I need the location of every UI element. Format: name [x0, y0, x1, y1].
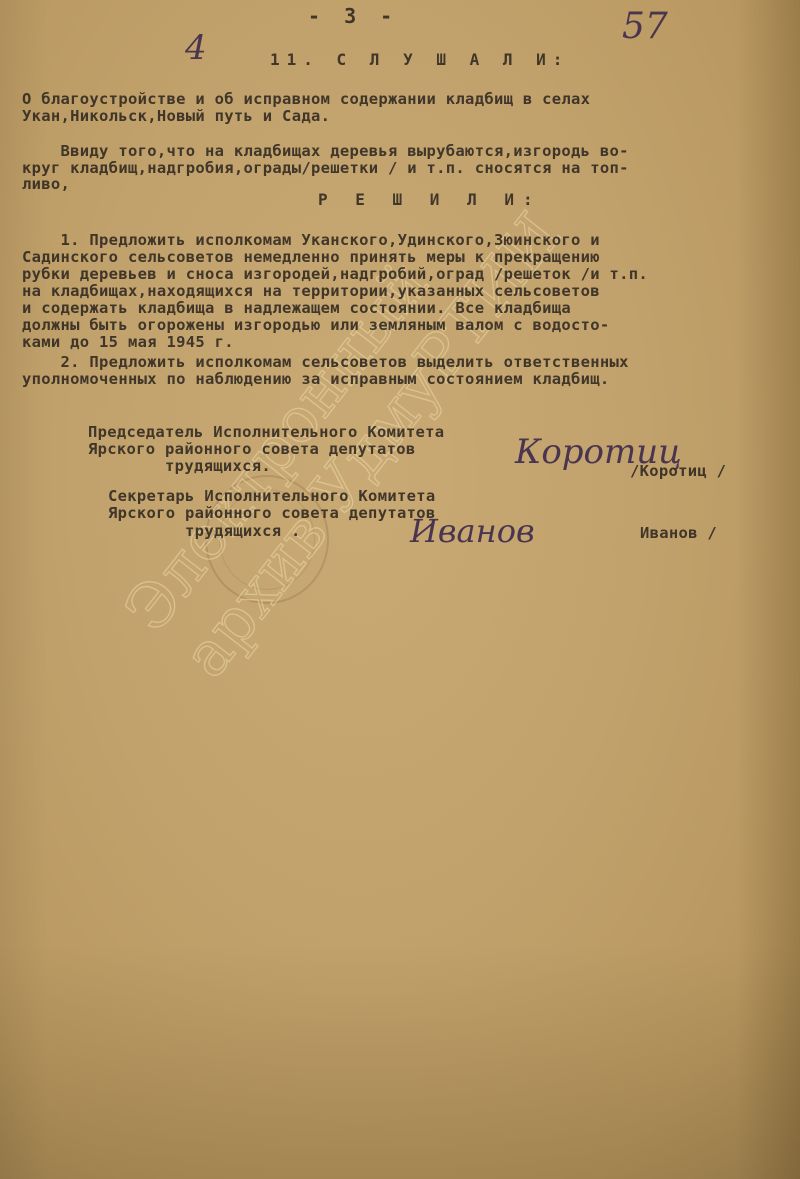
decision-line: должны быть огорожены изгородью или земл…: [22, 316, 610, 334]
heard-line: О благоустройстве и об исправном содержа…: [22, 90, 590, 108]
handwritten-folio-number: 57: [622, 6, 668, 47]
decision-line: на кладбищах,находящихся на территории,у…: [22, 282, 600, 300]
decision-line: 2. Предложить исполкомам сельсоветов выд…: [22, 353, 629, 371]
secretary-title-line: Секретарь Исполнительного Комитета: [108, 487, 435, 505]
heard-heading: 11. С Л У Ш А Л И:: [270, 50, 569, 69]
decision-line: ками до 15 мая 1945 г.: [22, 333, 234, 351]
decided-heading: Р Е Ш И Л И:: [318, 190, 542, 209]
secretary-title-line: трудящихся .: [108, 522, 301, 540]
decision-line: Садинского сельсоветов немедленно принят…: [22, 248, 600, 266]
handwritten-left-number: 4: [185, 28, 207, 68]
heard-line: Укан,Никольск,Новый путь и Сада.: [22, 107, 330, 125]
whereas-line: круг кладбищ,надгробия,ограды/решетки / …: [22, 159, 629, 177]
decision-line: рубки деревьев и сноса изгородей,надгроб…: [22, 265, 648, 283]
decision-line: 1. Предложить исполкомам Уканского,Удинс…: [22, 231, 600, 249]
secretary-typed-name: Иванов /: [640, 524, 717, 542]
whereas-line: Ввиду того,что на кладбищах деревья выру…: [22, 142, 629, 160]
decision-line: и содержать кладбища в надлежащем состоя…: [22, 299, 571, 317]
page-number: - 3 -: [308, 4, 398, 28]
chairman-title-line: трудящихся.: [88, 457, 271, 475]
chairman-typed-name: /Коротиц /: [630, 462, 726, 480]
secretary-signature: Иванов: [410, 512, 535, 550]
chairman-title-line: Председатель Исполнительного Комитета: [88, 423, 444, 441]
whereas-line: ливо,: [22, 175, 70, 193]
decision-line: уполномоченных по наблюдению за исправны…: [22, 370, 610, 388]
secretary-title-line: Ярского районного совета депутатов: [108, 504, 435, 522]
chairman-title-line: Ярского районного совета депутатов: [88, 440, 415, 458]
